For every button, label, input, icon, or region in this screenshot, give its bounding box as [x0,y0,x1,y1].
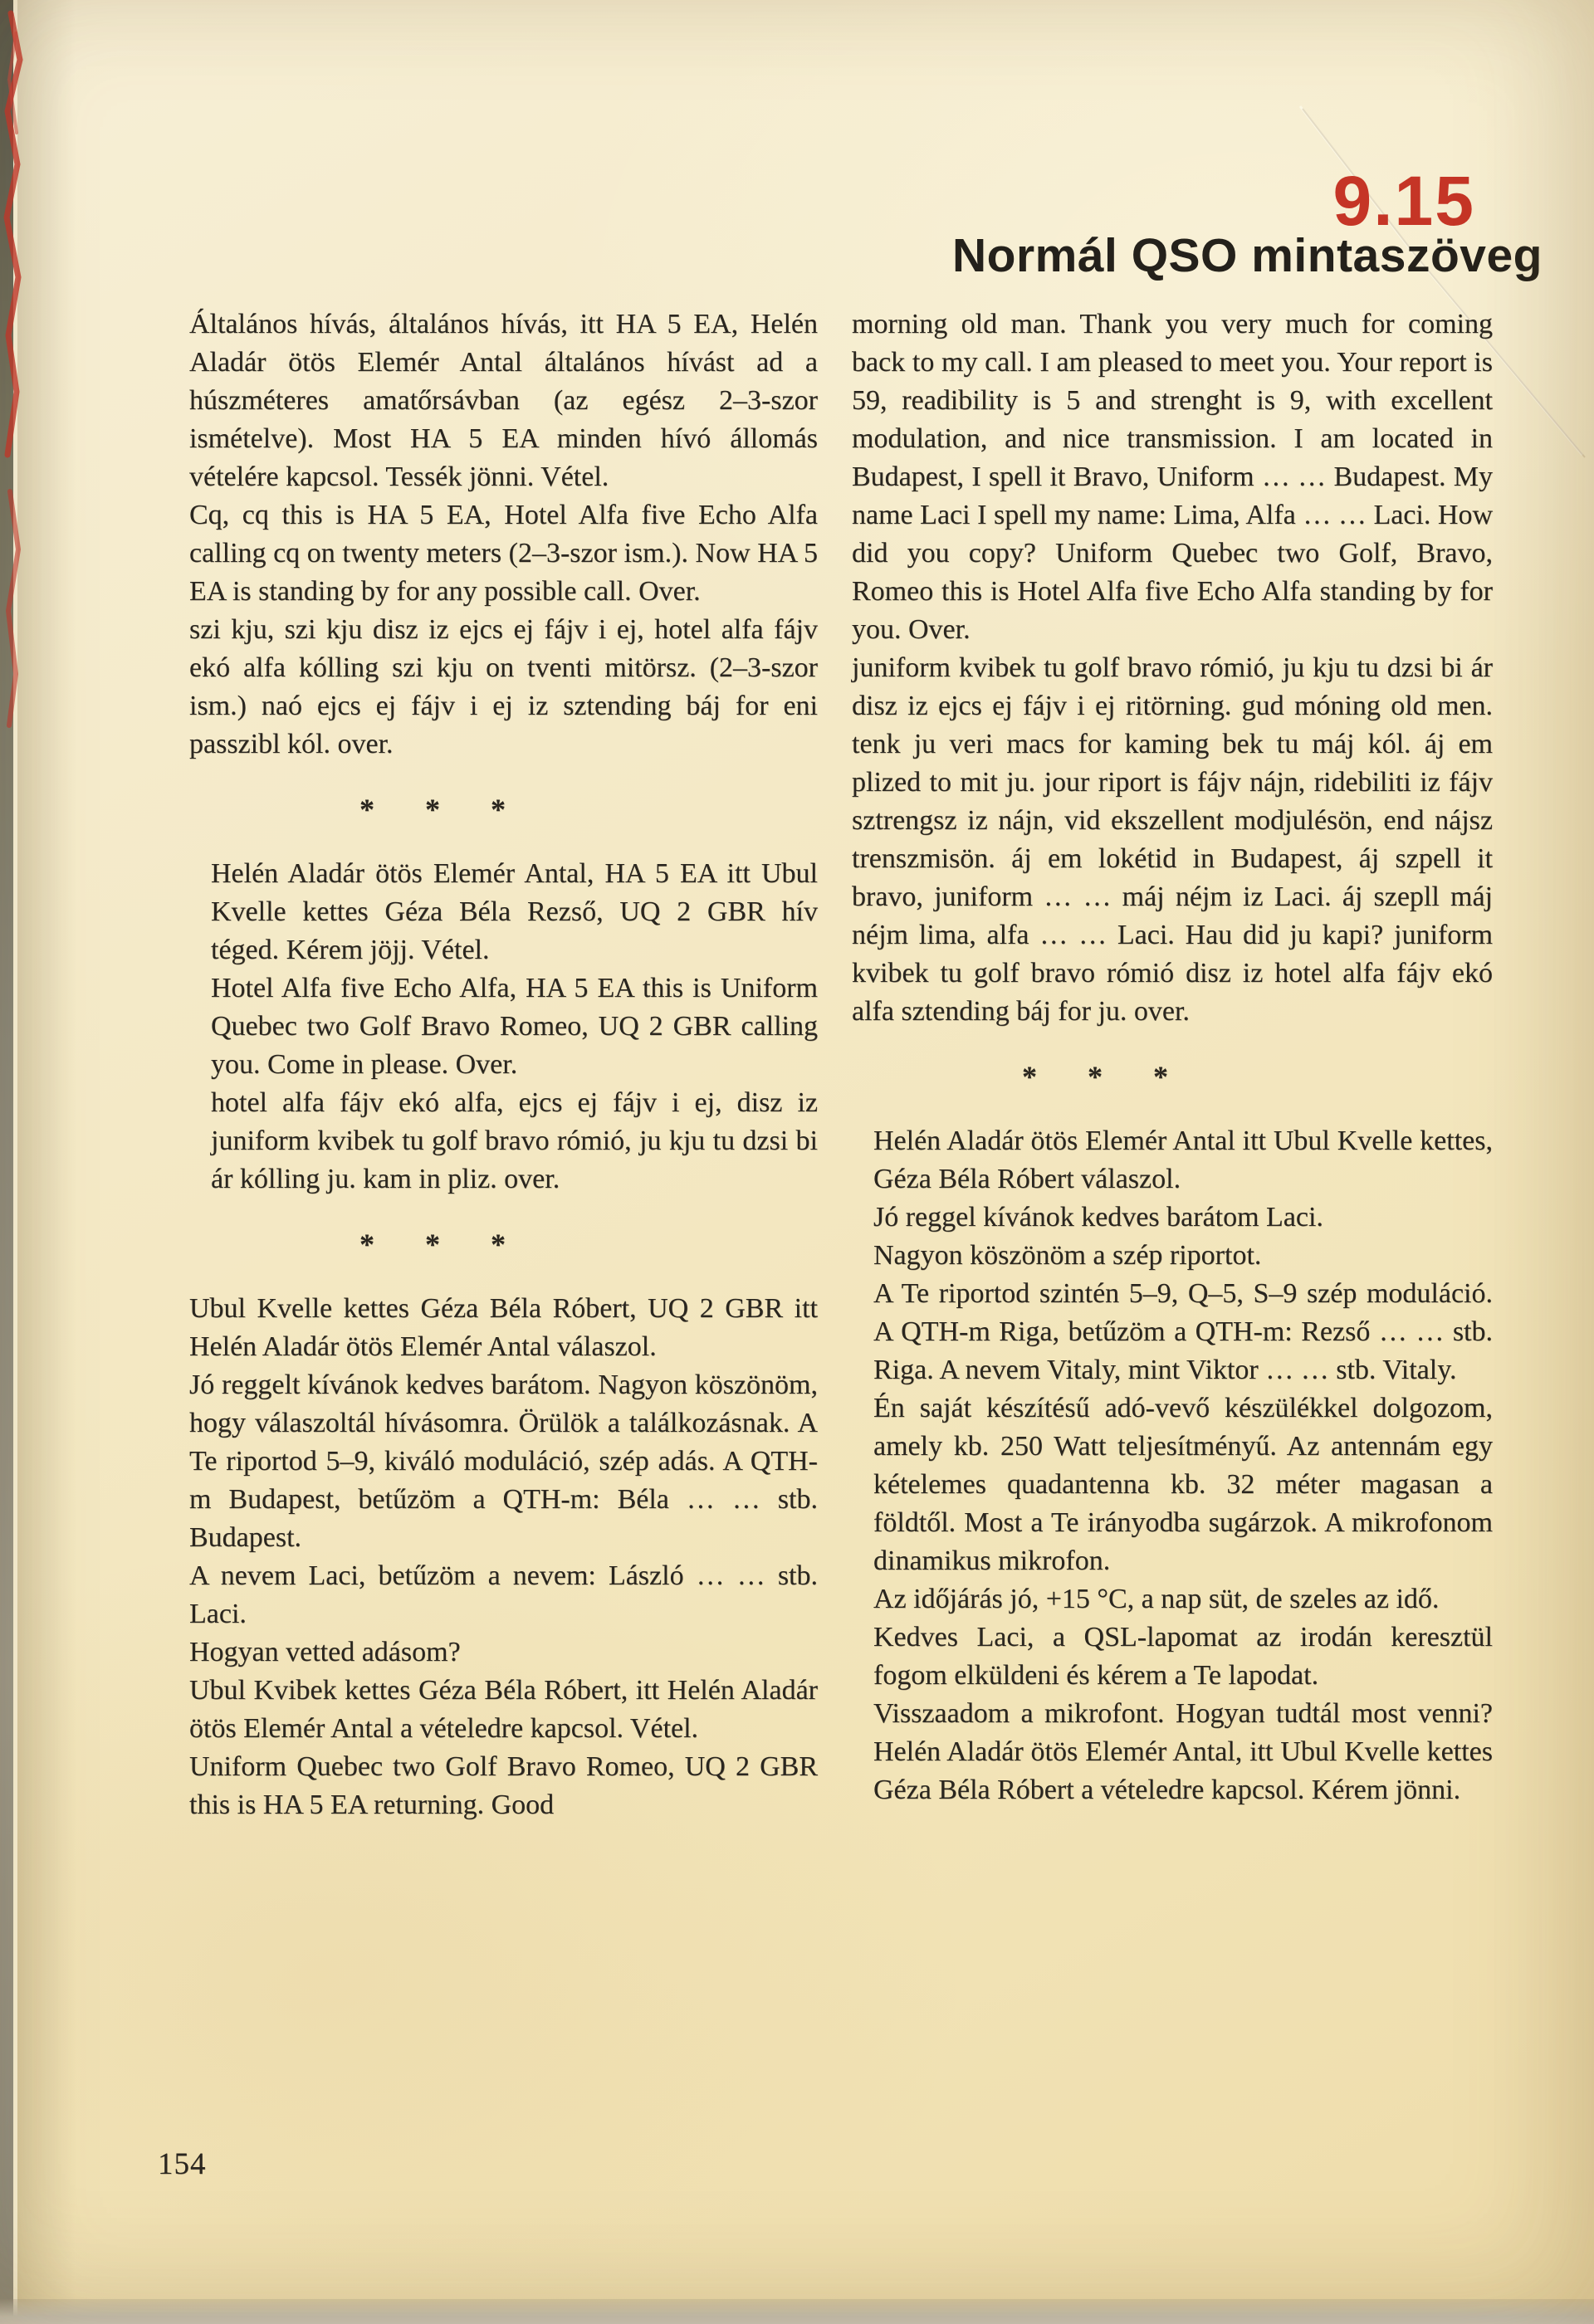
paragraph: szi kju, szi kju disz iz ejcs ej fájv i … [189,611,818,764]
paragraph: Hogyan vetted adásom? [189,1633,818,1672]
paragraph: morning old man. Thank you very much for… [852,305,1493,649]
section-separator: * * * [189,1225,818,1263]
paragraph: Helén Aladár ötös Elemér Antal, HA 5 EA … [189,855,818,969]
scan-edge-bottom [0,2299,1594,2324]
section-number: 9.15 [1333,166,1476,236]
paragraph: Visszaadom a mikrofont. Hogyan tudtál mo… [852,1695,1493,1809]
paragraph: Ubul Kvibek kettes Géza Béla Róbert, itt… [189,1672,818,1748]
scanned-book-page: 9.15 Normál QSO mintaszöveg Általános hí… [0,0,1594,2324]
paragraph: Nagyon köszönöm a szép riportot. [852,1237,1493,1275]
paragraph: Én saját készítésű adó-vevő készülékkel … [852,1389,1493,1580]
paragraph: Jó reggel kívánok kedves barátom Laci. [852,1199,1493,1237]
paragraph: Ubul Kvelle kettes Géza Béla Róbert, UQ … [189,1290,818,1366]
paragraph: hotel alfa fájv ekó alfa, ejcs ej fájv i… [189,1084,818,1199]
paragraph: Kedves Laci, a QSL-lapomat az irodán ker… [852,1618,1493,1695]
section-separator: * * * [189,790,818,828]
page-title: Normál QSO mintaszöveg [952,232,1543,280]
scan-edge-left [0,0,13,2324]
left-column: Általános hívás, általános hívás, itt HA… [189,305,818,1824]
paragraph: Uniform Quebec two Golf Bravo Romeo, UQ … [189,1748,818,1824]
paragraph: A Te riportod szintén 5–9, Q–5, S–9 szép… [852,1275,1493,1389]
paragraph: A nevem Laci, betűzöm a nevem: László … … [189,1557,818,1633]
paragraph: Általános hívás, általános hívás, itt HA… [189,305,818,496]
paragraph: Helén Aladár ötös Elemér Antal itt Ubul … [852,1122,1493,1199]
page-number: 154 [158,2146,207,2182]
right-column: morning old man. Thank you very much for… [852,305,1493,1809]
paragraph: Cq, cq this is HA 5 EA, Hotel Alfa five … [189,496,818,611]
section-separator: * * * [852,1057,1493,1096]
paragraph: Az időjárás jó, +15 °C, a nap süt, de sz… [852,1580,1493,1618]
paragraph: Jó reggelt kívánok kedves barátom. Nagyo… [189,1366,818,1557]
paragraph: juniform kvibek tu golf bravo rómió, ju … [852,649,1493,1031]
paragraph: Hotel Alfa five Echo Alfa, HA 5 EA this … [189,969,818,1084]
binding-shadow [17,0,76,2324]
